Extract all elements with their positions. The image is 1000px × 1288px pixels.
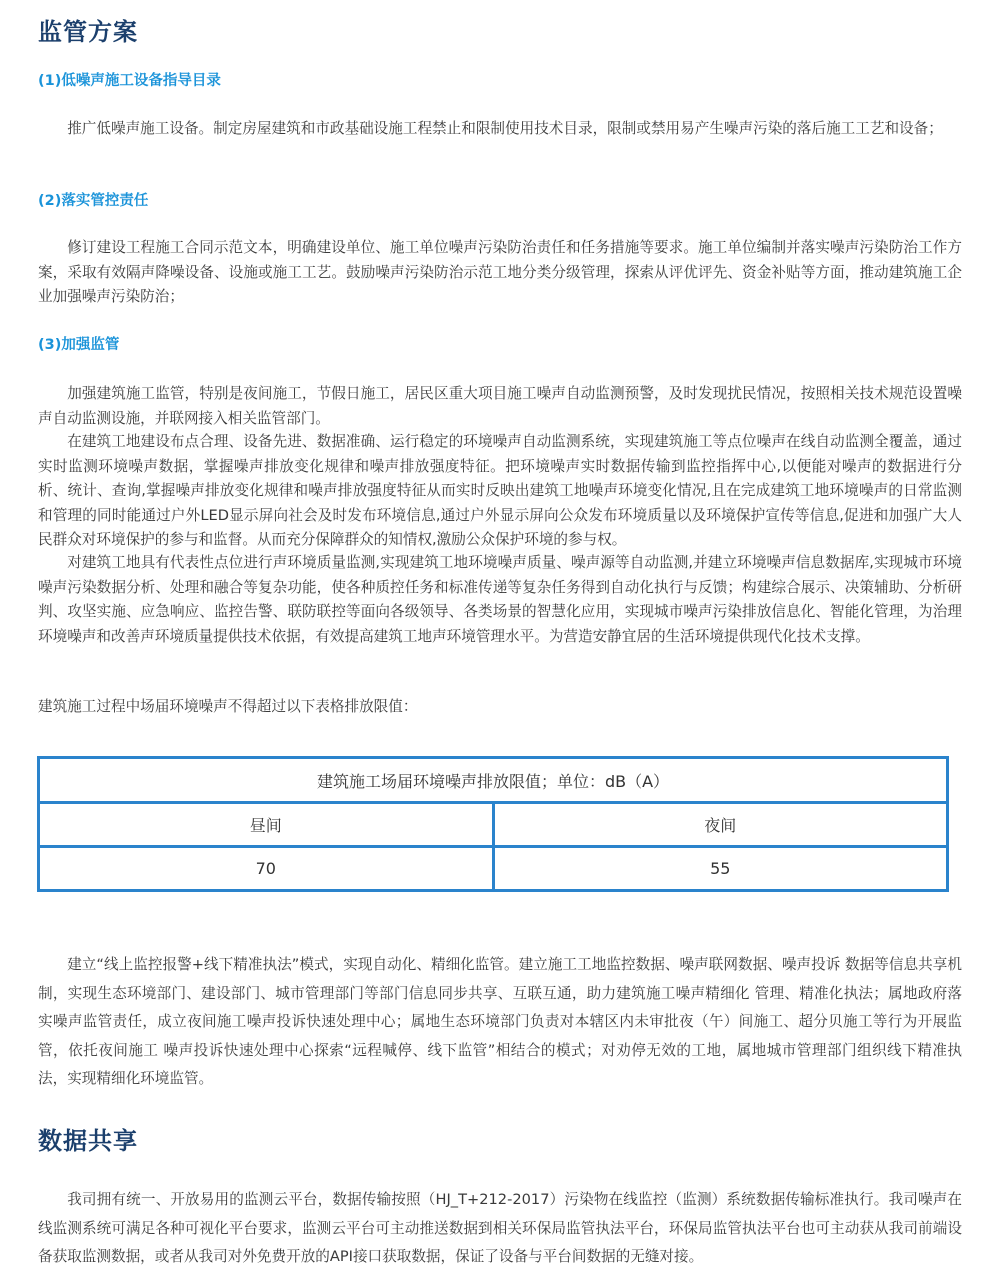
- header-nighttime: 夜间: [493, 803, 948, 847]
- section-title-supervision: 监管方案: [38, 17, 138, 47]
- table-intro-text: 建筑施工过程中场届环境噪声不得超过以下表格排放限值：: [38, 695, 962, 720]
- subheading-responsibility: (2)落实管控责任: [38, 191, 148, 211]
- paragraph-supervision-2: 在建筑工地建设布点合理、设备先进、数据准确、运行稳定的环境噪声自动监测系统，实现…: [38, 430, 962, 553]
- paragraph-supervision-1: 加强建筑施工监管，特别是夜间施工，节假日施工，居民区重大项目施工噪声自动监测预警…: [38, 382, 962, 431]
- subheading-strengthen-supervision: (3)加强监管: [38, 335, 119, 355]
- paragraph-online-offline-enforcement: 建立“线上监控报警+线下精准执法”模式，实现自动化、精细化监管。建立施工工地监控…: [38, 951, 962, 1094]
- table-header-row: 昼间 夜间: [39, 803, 948, 847]
- table-row: 70 55: [39, 847, 948, 891]
- header-daytime: 昼间: [39, 803, 494, 847]
- paragraph-supervision-3: 对建筑工地具有代表性点位进行声环境质量监测,实现建筑工地环境噪声质量、噪声源等自…: [38, 551, 962, 649]
- paragraph-responsibility: 修订建设工程施工合同示范文本，明确建设单位、施工单位噪声污染防治责任和任务措施等…: [38, 236, 962, 310]
- value-daytime: 70: [39, 847, 494, 891]
- paragraph-data-sharing: 我司拥有统一、开放易用的监测云平台，数据传输按照（HJ_T+212-2017）污…: [38, 1186, 962, 1272]
- value-nighttime: 55: [493, 847, 948, 891]
- table-caption: 建筑施工场届环境噪声排放限值；单位：dB（A）: [39, 758, 948, 803]
- noise-limits-table: 建筑施工场届环境噪声排放限值；单位：dB（A） 昼间 夜间 70 55: [37, 756, 949, 892]
- table-caption-row: 建筑施工场届环境噪声排放限值；单位：dB（A）: [39, 758, 948, 803]
- subheading-low-noise-equipment: (1)低噪声施工设备指导目录: [38, 71, 221, 91]
- paragraph-low-noise-equipment: 推广低噪声施工设备。制定房屋建筑和市政基础设施工程禁止和限制使用技术目录，限制或…: [38, 117, 962, 142]
- section-title-data-sharing: 数据共享: [38, 1126, 138, 1156]
